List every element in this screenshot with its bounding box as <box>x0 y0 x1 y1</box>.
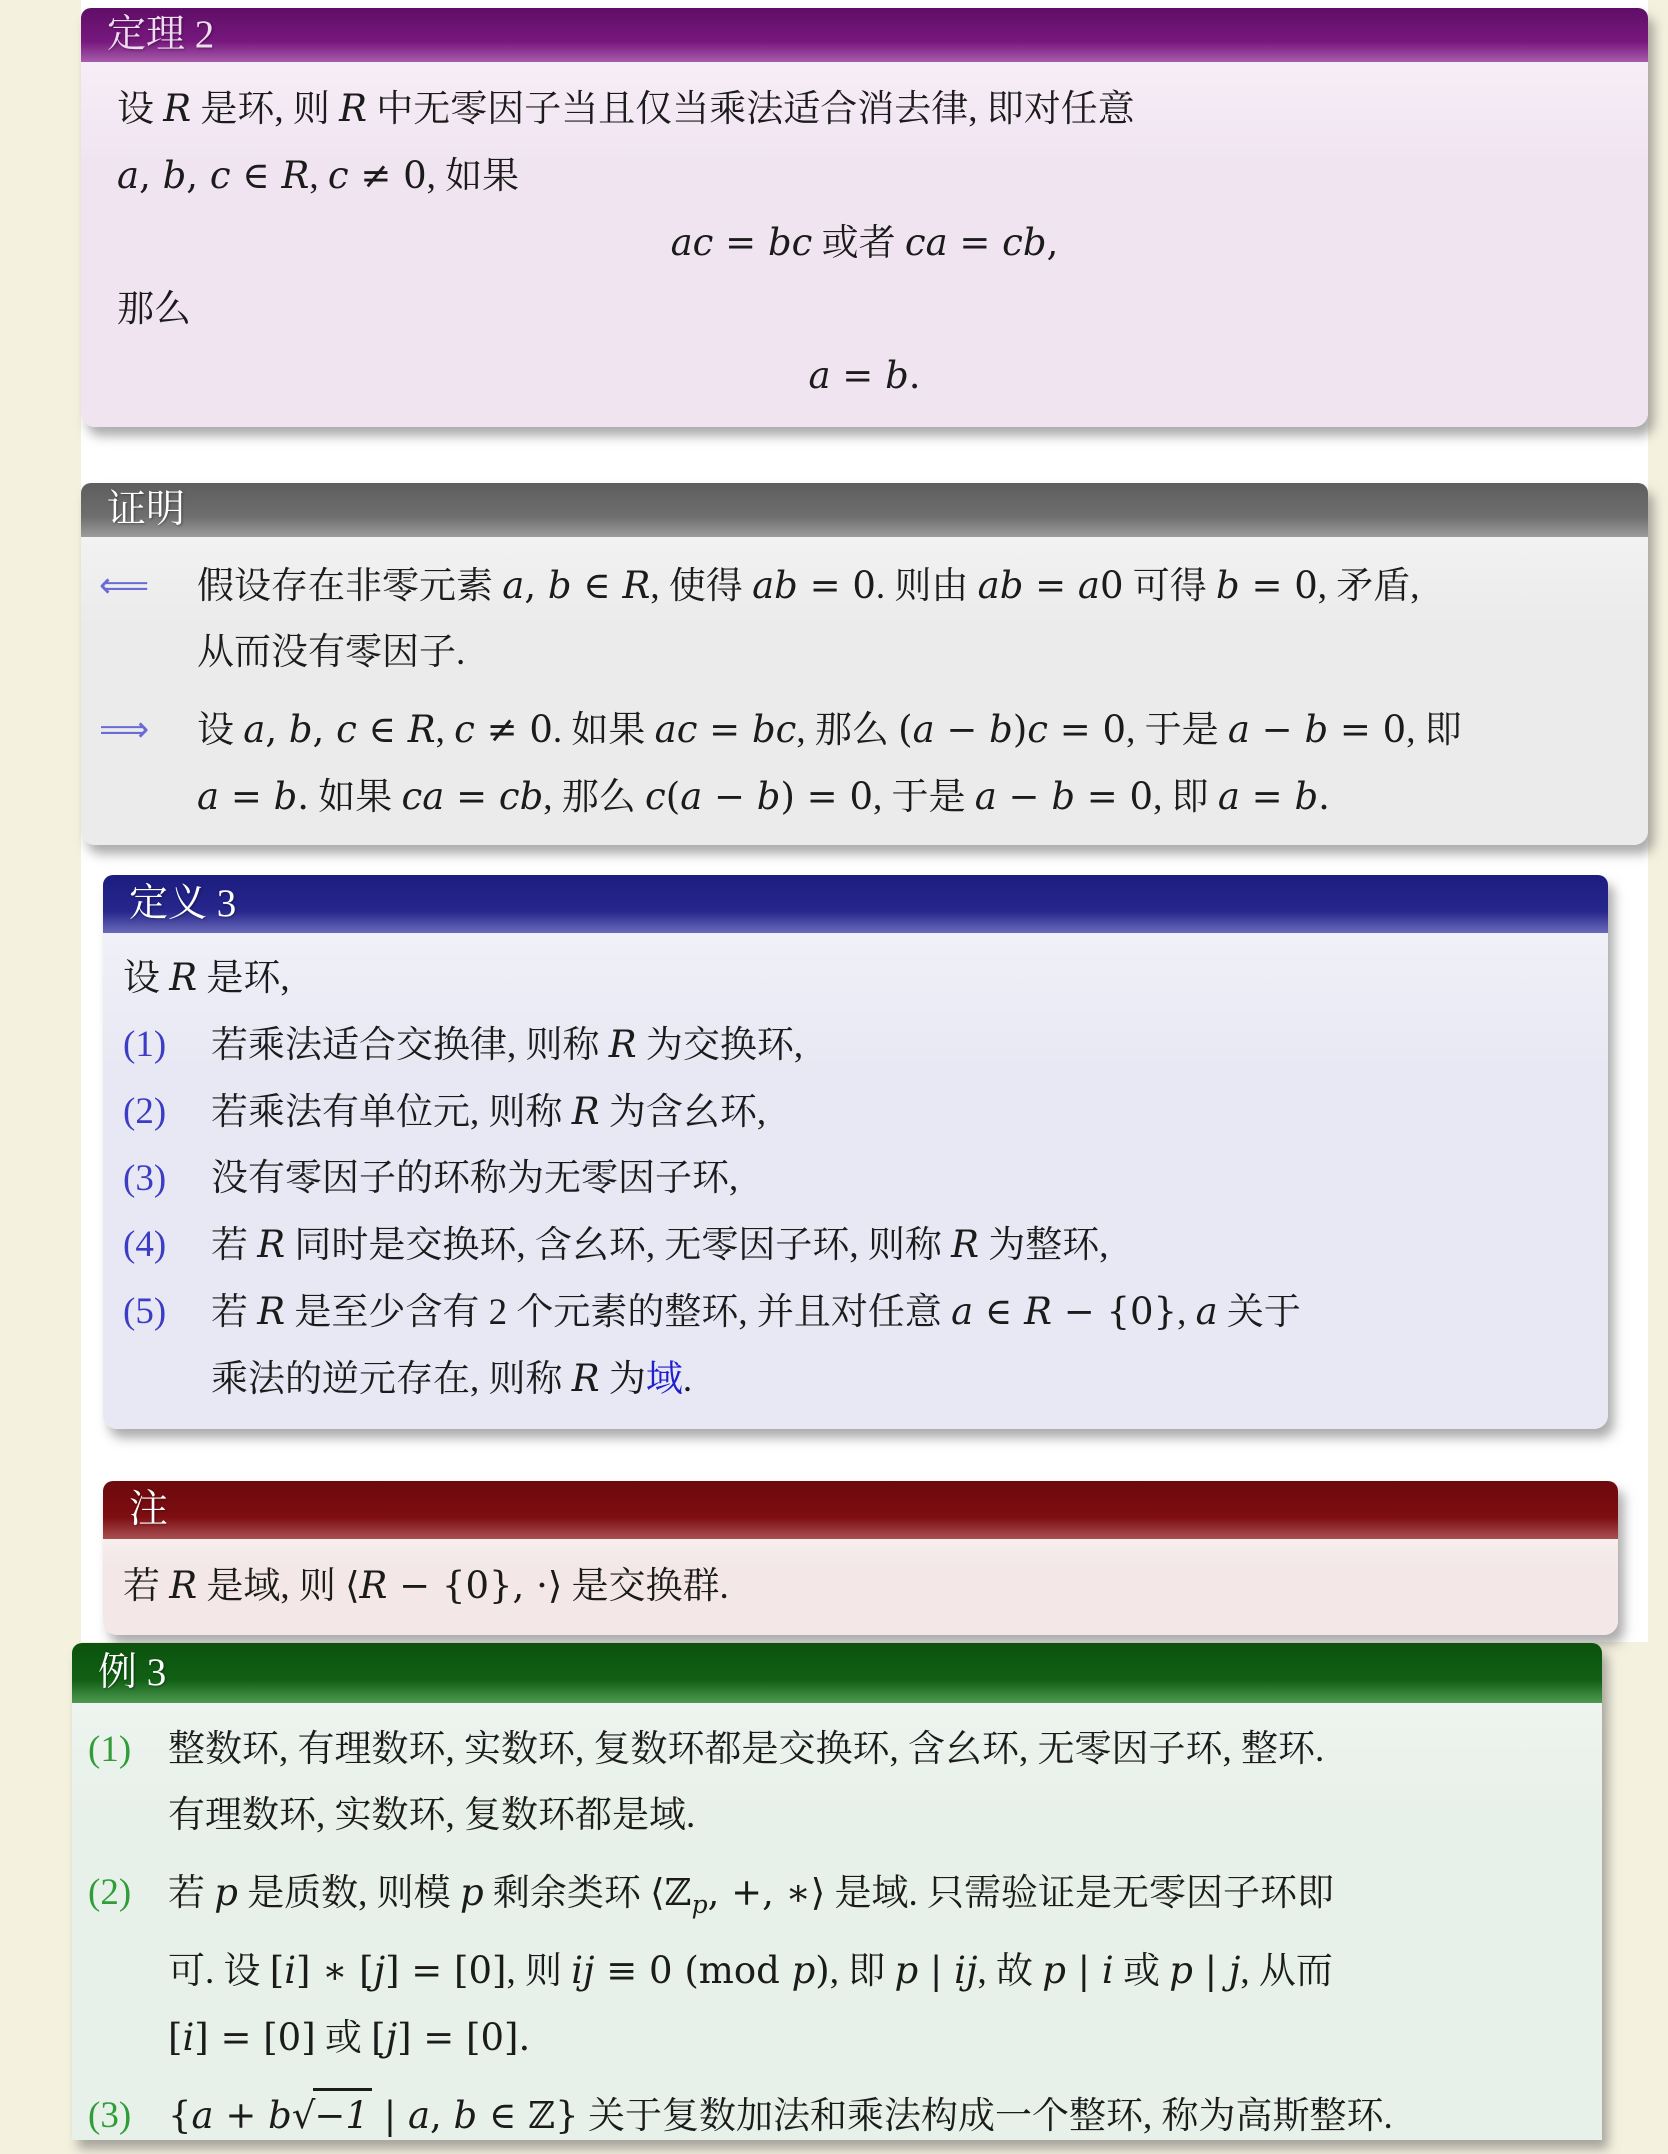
math-token: = 0 <box>1075 775 1153 818</box>
math-token: i <box>182 2016 194 2059</box>
math-segment: a = b. <box>808 356 920 397</box>
math-token: ( <box>666 775 680 818</box>
text-run: 关于 <box>1218 1292 1301 1333</box>
math-segment: b = 0 <box>1216 566 1318 607</box>
math-token: [ <box>371 2016 385 2059</box>
math-token: [ <box>168 2016 182 2059</box>
math-segment: p | j <box>1169 1951 1240 1992</box>
text-run: 为 <box>600 1359 646 1400</box>
math-token: − <box>1250 708 1305 751</box>
math-token: cb <box>1002 221 1046 264</box>
math-token: b <box>1294 775 1318 818</box>
proof-box: 证明 ⟸假设存在非零元素 a, b ∈ R, 使得 ab = 0. 则由 ab … <box>81 483 1648 845</box>
math-token: . <box>297 775 309 818</box>
list-item: (1)若乘法适合交换律, 则称 R 为交换环, <box>123 1012 1580 1079</box>
math-token: a <box>243 708 265 751</box>
math-token: ∈ <box>973 1290 1024 1333</box>
math-segment: R <box>163 89 191 130</box>
math-segment: c(a − b) = 0 <box>645 777 873 818</box>
text-line: a = b. 如果 ca = cb, 那么 c(a − b) = 0, 于是 a… <box>197 764 1618 831</box>
math-token: = 0 <box>798 564 876 607</box>
math-token: ab <box>752 564 798 607</box>
text-run: , 于是 <box>1126 710 1228 751</box>
text-run: , 即 <box>1406 710 1462 751</box>
math-token: b <box>989 708 1013 751</box>
math-segment: ca = cb <box>402 777 544 818</box>
math-token: a <box>1218 775 1240 818</box>
math-token: ac <box>671 221 714 264</box>
text-line: 设 a, b, c ∈ R, c ≠ 0. 如果 ac = bc, 那么 (a … <box>197 697 1618 764</box>
text-run: 为交换环, <box>637 1025 804 1066</box>
math-token: c <box>210 154 231 197</box>
text-line: 若乘法适合交换律, 则称 R 为交换环, <box>211 1012 1580 1079</box>
item-text: 设 a, b, c ∈ R, c ≠ 0. 如果 ac = bc, 那么 (a … <box>197 697 1618 831</box>
math-segment: ac = bc <box>655 710 797 751</box>
math-segment: c ≠ 0 <box>454 710 553 751</box>
text-run: 若 <box>123 1566 169 1607</box>
text-run: 若 <box>211 1225 257 1266</box>
text-run: 有理数环, 实数环, 复数环都是域. <box>168 1795 695 1836</box>
text-run: 可. 设 <box>168 1951 270 1992</box>
math-token: , <box>1047 221 1059 264</box>
math-token: = <box>1023 564 1078 607</box>
text-run: 设 <box>123 958 169 999</box>
math-token: ab <box>978 564 1024 607</box>
text-run: 或 <box>316 2018 372 2059</box>
text-run: 剩余类环 <box>484 1873 651 1914</box>
math-segment: [i] = [0] <box>168 2018 316 2059</box>
text-line: 有理数环, 实数环, 复数环都是域. <box>168 1783 1578 1849</box>
text-run: . <box>683 1359 692 1400</box>
math-token: , <box>265 708 289 751</box>
math-token: . <box>1318 775 1330 818</box>
note-box: 注 若 R 是域, 则 ⟨R − {0}, ·⟩ 是交换群. <box>103 1481 1618 1635</box>
math-token: p <box>1042 1949 1066 1992</box>
note-box-body: 若 R 是域, 则 ⟨R − {0}, ·⟩ 是交换群. <box>103 1539 1618 1635</box>
theorem-2-box-title: 定理 2 <box>81 8 1648 62</box>
math-token: a <box>1078 564 1100 607</box>
math-token: ] = [0] <box>194 2016 315 2059</box>
proof-box-title: 证明 <box>81 483 1648 537</box>
math-subscript: p <box>692 1890 708 1919</box>
list-item: (1)整数环, 有理数环, 实数环, 复数环都是交换环, 含幺环, 无零因子环,… <box>88 1717 1578 1849</box>
math-segment: a, b, c ∈ R <box>243 710 435 751</box>
math-segment: a, b ∈ R <box>502 566 650 607</box>
text-run: , 矛盾, <box>1318 566 1420 607</box>
math-segment: a − b = 0 <box>975 777 1153 818</box>
text-run: , 即 <box>1153 777 1218 818</box>
example-3-box: 例 3 (1)整数环, 有理数环, 实数环, 复数环都是交换环, 含幺环, 无零… <box>72 1643 1602 2140</box>
math-token: c <box>1027 708 1048 751</box>
math-token: ] ∗ [ <box>296 1949 374 1992</box>
item-text: 若乘法适合交换律, 则称 R 为交换环, <box>211 1012 1580 1079</box>
slide-page: { "page": { "background": "#f5f1df", "ba… <box>0 0 1668 2154</box>
item-text: {a + b√−1 | a, b ∈ ℤ} 关于复数加法和乘法构成一个整环, 称… <box>168 2083 1578 2140</box>
math-token: b <box>163 154 187 197</box>
math-segment: p | ij <box>894 1951 977 1992</box>
math-token: bc <box>752 708 796 751</box>
math-segment: | a, b ∈ ℤ} <box>372 2096 579 2137</box>
math-token: R <box>408 708 436 751</box>
math-token: ) = 0 <box>780 775 873 818</box>
text-run: 是环, 则 <box>191 89 339 130</box>
math-token: − {0} <box>1052 1290 1177 1333</box>
math-token: a <box>1196 1290 1218 1333</box>
math-token: a <box>192 2094 214 2137</box>
math-token: b <box>548 564 572 607</box>
math-token: b <box>1216 564 1240 607</box>
math-token: b <box>454 2094 478 2137</box>
math-token: ca <box>402 775 445 818</box>
text-line: 假设存在非零元素 a, b ∈ R, 使得 ab = 0. 则由 ab = a0… <box>197 553 1618 620</box>
math-token: = <box>697 708 752 751</box>
math-token: a <box>808 354 830 397</box>
math-token: b <box>1051 775 1075 818</box>
item-marker: (3) <box>88 2083 168 2140</box>
math-token: = 0 <box>1240 564 1318 607</box>
math-token: b <box>757 775 781 818</box>
math-token: = 0 <box>1328 708 1406 751</box>
math-segment: p <box>214 1873 238 1914</box>
math-segment: R <box>609 1025 637 1066</box>
text-line: 若 R 是至少含有 2 个元素的整环, 并且对任意 a ∈ R − {0}, a… <box>211 1279 1580 1346</box>
math-token: ij <box>954 1949 977 1992</box>
math-token: b <box>274 775 298 818</box>
math-segment: ab = 0 <box>752 566 876 607</box>
math-token: ij <box>571 1949 594 1992</box>
example-3-box-title: 例 3 <box>72 1643 1602 1703</box>
math-token: = <box>1240 775 1295 818</box>
math-token: [ <box>270 1949 284 1992</box>
text-run: 是质数, 则模 <box>238 1873 460 1914</box>
math-token: cb <box>499 775 543 818</box>
text-line: 若 R 同时是交换环, 含幺环, 无零因子环, 则称 R 为整环, <box>211 1212 1580 1279</box>
sqrt-radicand: −1 <box>313 2088 372 2137</box>
math-token: ∈ <box>231 154 282 197</box>
item-marker: (4) <box>123 1212 211 1278</box>
math-roman: mod <box>699 1949 780 1992</box>
list-item: (2)若 p 是质数, 则模 p 剩余类环 ⟨ℤp, +, ∗⟩ 是域. 只需验… <box>88 1860 1578 2072</box>
text-run: , 于是 <box>873 777 975 818</box>
math-token: a <box>502 564 524 607</box>
text-run: 若乘法有单位元, 则称 <box>211 1092 572 1133</box>
math-token: R <box>257 1290 285 1333</box>
proof-box-body: ⟸假设存在非零元素 a, b ∈ R, 使得 ab = 0. 则由 ab = a… <box>81 537 1648 845</box>
math-token: R <box>163 87 191 130</box>
item-text: 整数环, 有理数环, 实数环, 复数环都是交换环, 含幺环, 无零因子环, 整环… <box>168 1717 1578 1849</box>
math-token: R <box>1024 1290 1052 1333</box>
math-token: a <box>197 775 219 818</box>
text-run: 同时是交换环, 含幺环, 无零因子环, 则称 <box>285 1225 951 1266</box>
item-marker: (3) <box>123 1146 211 1212</box>
math-token: ca <box>905 221 948 264</box>
text-line: 那么 <box>117 277 1612 343</box>
list-item: (2)若乘法有单位元, 则称 R 为含幺环, <box>123 1079 1580 1146</box>
item-text: 假设存在非零元素 a, b ∈ R, 使得 ab = 0. 则由 ab = a0… <box>197 553 1618 686</box>
text-line: 乘法的逆元存在, 则称 R 为域. <box>211 1346 1580 1413</box>
theorem-2-box-body: 设 R 是环, 则 R 中无零因子当且仅当乘法适合消去律, 即对任意a, b, … <box>81 62 1648 427</box>
math-token: R <box>339 87 367 130</box>
text-run: , 那么 <box>543 777 645 818</box>
math-segment: ac = bc <box>671 223 813 264</box>
item-text: 没有零因子的环称为无零因子环, <box>211 1146 1580 1212</box>
math-token: 0 <box>1100 564 1124 607</box>
implication-arrow-icon: ⟹ <box>99 697 197 763</box>
math-token: | <box>918 1949 954 1992</box>
text-line: 整数环, 有理数环, 实数环, 复数环都是交换环, 含幺环, 无零因子环, 整环… <box>168 1717 1578 1783</box>
math-token: R <box>572 1090 600 1133</box>
math-token: − <box>935 708 990 751</box>
math-token: − {0}, ·⟩ <box>387 1564 562 1607</box>
text-run: 若 <box>211 1292 257 1333</box>
math-token: bc <box>768 221 812 264</box>
math-segment: a ∈ R − {0} <box>951 1292 1177 1333</box>
math-segment: p) <box>780 1951 830 1992</box>
math-token: a <box>975 775 997 818</box>
math-token: ) <box>1013 708 1027 751</box>
note-box-title: 注 <box>103 1481 1618 1539</box>
math-segment: ⟨R − {0}, ·⟩ <box>345 1566 562 1607</box>
math-token: , +, ∗⟩ <box>708 1871 826 1914</box>
math-token: , <box>524 564 548 607</box>
math-token: { <box>168 2094 192 2137</box>
math-token: R <box>169 1564 197 1607</box>
text-line: [i] = [0] 或 [j] = [0]. <box>168 2005 1578 2072</box>
text-run: , <box>1177 1292 1196 1333</box>
text-run: 若乘法适合交换律, 则称 <box>211 1025 609 1066</box>
math-segment: R <box>951 1225 979 1266</box>
text-line: 设 R 是环, 则 R 中无零因子当且仅当乘法适合消去律, 即对任意 <box>117 76 1612 143</box>
math-segment: R <box>572 1359 600 1400</box>
math-segment: a, b, c ∈ R <box>117 156 309 197</box>
text-run: 那么 <box>117 289 191 330</box>
text-run: 是域. 只需验证是无零因子环即 <box>825 1873 1334 1914</box>
math-segment: a − b = 0 <box>1228 710 1406 751</box>
math-segment: p <box>460 1873 484 1914</box>
math-segment: a <box>1196 1292 1218 1333</box>
math-token: c <box>328 154 349 197</box>
math-token: p <box>894 1949 918 1992</box>
math-token: = <box>444 775 499 818</box>
text-line: 若 p 是质数, 则模 p 剩余类环 ⟨ℤp, +, ∗⟩ 是域. 只需验证是无… <box>168 1860 1578 1938</box>
text-run: 是至少含有 2 个元素的整环, 并且对任意 <box>285 1292 951 1333</box>
math-token: ] = [0] <box>385 1949 506 1992</box>
text-run: 中无零因子当且仅当乘法适合消去律, 即对任意 <box>367 89 1135 130</box>
math-token: c <box>454 708 475 751</box>
math-segment: {a + b <box>168 2096 292 2137</box>
definition-3-box-title: 定义 3 <box>103 875 1608 933</box>
math-token: = <box>713 221 768 264</box>
text-run: 关于复数加法和乘法构成一个整环, 称为高斯整环. <box>579 2096 1393 2137</box>
math-token: R <box>572 1357 600 1400</box>
text-line: {a + b√−1 | a, b ∈ ℤ} 关于复数加法和乘法构成一个整环, 称… <box>168 2083 1578 2140</box>
math-token: = <box>948 221 1003 264</box>
math-token: b <box>1304 708 1328 751</box>
math-token: = <box>219 775 274 818</box>
text-run: 是域, 则 <box>197 1566 345 1607</box>
math-token: j <box>374 1949 385 1992</box>
math-token: ≡ 0 ( <box>595 1949 699 1992</box>
list-item: ⟸假设存在非零元素 a, b ∈ R, 使得 ab = 0. 则由 ab = a… <box>99 553 1618 686</box>
text-run: 可得 <box>1124 566 1217 607</box>
sqrt-icon: √ <box>292 2094 316 2137</box>
text-run: , 从而 <box>1240 1951 1333 1992</box>
math-token: ) <box>815 1949 829 1992</box>
math-token: R <box>169 956 197 999</box>
math-token: = <box>831 354 886 397</box>
item-text: 若 p 是质数, 则模 p 剩余类环 ⟨ℤp, +, ∗⟩ 是域. 只需验证是无… <box>168 1860 1578 2072</box>
math-token: p <box>1169 1949 1193 1992</box>
text-run: 整数环, 有理数环, 实数环, 复数环都是交换环, 含幺环, 无零因子环, 整环… <box>168 1729 1324 1770</box>
math-token: | <box>1193 1949 1229 1992</box>
item-text: 若乘法有单位元, 则称 R 为含幺环, <box>211 1079 1580 1146</box>
math-segment: R <box>169 958 197 999</box>
math-token: , <box>313 708 337 751</box>
math-token: a <box>117 154 139 197</box>
math-token: p <box>214 1871 238 1914</box>
text-run: 或者 <box>812 223 905 264</box>
math-token: ⟨ℤ <box>650 1871 691 1914</box>
math-segment: R <box>169 1566 197 1607</box>
text-run: 设 <box>117 89 163 130</box>
math-token: , <box>139 154 163 197</box>
text-run: 或 <box>1114 1951 1170 1992</box>
math-token: R <box>609 1023 637 1066</box>
math-token: p <box>460 1871 484 1914</box>
text-line: 若 R 是域, 则 ⟨R − {0}, ·⟩ 是交换群. <box>123 1553 1588 1620</box>
math-token: − <box>997 775 1052 818</box>
text-run: , 使得 <box>650 566 752 607</box>
math-token: ⟨ <box>345 1564 359 1607</box>
math-segment: [j] = [0]. <box>371 2018 530 2059</box>
math-token: − <box>702 775 757 818</box>
math-token: , <box>186 154 210 197</box>
text-run: 若 <box>168 1873 214 1914</box>
example-3-box-body: (1)整数环, 有理数环, 实数环, 复数环都是交换环, 含幺环, 无零因子环,… <box>72 1703 1602 2140</box>
text-run: 没有零因子的环称为无零因子环, <box>211 1158 738 1199</box>
text-run: , 故 <box>977 1951 1042 1992</box>
math-segment: ⟨ℤ <box>650 1873 691 1914</box>
theorem-2-box: 定理 2 设 R 是环, 则 R 中无零因子当且仅当乘法适合消去律, 即对任意a… <box>81 8 1648 427</box>
math-token <box>780 1949 792 1992</box>
math-segment: R <box>257 1292 285 1333</box>
math-token: c <box>336 708 357 751</box>
math-token: b <box>289 708 313 751</box>
text-line: ac = bc 或者 ca = cb, <box>117 210 1612 277</box>
math-segment: R <box>257 1225 285 1266</box>
math-token: a <box>913 708 935 751</box>
text-run: 乘法的逆元存在, 则称 <box>211 1359 572 1400</box>
math-token: R <box>257 1223 285 1266</box>
text-run: 假设存在非零元素 <box>197 566 502 607</box>
text-line: a = b. <box>117 343 1612 410</box>
math-token: ≠ 0 <box>349 154 427 197</box>
text-run: 是交换群. <box>562 1566 729 1607</box>
text-line: a, b, c ∈ R, c ≠ 0, 如果 <box>117 143 1612 210</box>
math-token: | <box>1066 1949 1102 1992</box>
definition-3-box-body: 设 R 是环,(1)若乘法适合交换律, 则称 R 为交换环,(2)若乘法有单位元… <box>103 933 1608 1429</box>
text-run: , 那么 <box>796 710 898 751</box>
math-segment: ca = cb, <box>905 223 1059 264</box>
text-run: , 则 <box>506 1951 571 1992</box>
math-token: ≠ 0 <box>475 708 553 751</box>
text-run: 为含幺环, <box>600 1092 767 1133</box>
text-run: , <box>436 710 455 751</box>
text-run: , 如果 <box>427 156 520 197</box>
text-line: 没有零因子的环称为无零因子环, <box>211 1146 1580 1212</box>
text-run: . 如果 <box>553 710 655 751</box>
list-item: (5)若 R 是至少含有 2 个元素的整环, 并且对任意 a ∈ R − {0}… <box>123 1279 1580 1413</box>
text-run: . 则由 <box>876 566 978 607</box>
sqrt-expression: √−1 <box>292 2096 372 2137</box>
math-token: j <box>386 2016 397 2059</box>
math-token: . <box>909 354 921 397</box>
math-token: R <box>281 154 309 197</box>
list-item: (4)若 R 同时是交换环, 含幺环, 无零因子环, 则称 R 为整环, <box>123 1212 1580 1279</box>
item-marker: (5) <box>123 1279 211 1345</box>
list-item: (3){a + b√−1 | a, b ∈ ℤ} 关于复数加法和乘法构成一个整环… <box>88 2083 1578 2140</box>
text-run: 如果 <box>309 777 402 818</box>
math-token: j <box>1229 1949 1240 1992</box>
math-token: ( <box>898 708 912 751</box>
text-run: 为整环, <box>979 1225 1109 1266</box>
math-token: , <box>430 2094 454 2137</box>
math-segment: [i] ∗ [j] = [0] <box>270 1951 507 1992</box>
math-token: a <box>680 775 702 818</box>
list-item: ⟹设 a, b, c ∈ R, c ≠ 0. 如果 ac = bc, 那么 (a… <box>99 697 1618 831</box>
item-text: 若 R 同时是交换环, 含幺环, 无零因子环, 则称 R 为整环, <box>211 1212 1580 1279</box>
math-segment: a = b. <box>1218 777 1330 818</box>
list-item: (3)没有零因子的环称为无零因子环, <box>123 1146 1580 1212</box>
text-line: 设 R 是环, <box>123 945 1580 1012</box>
text-run: 是环, <box>197 958 290 999</box>
text-line: 可. 设 [i] ∗ [j] = [0], 则 ij ≡ 0 (mod p), … <box>168 1938 1578 2005</box>
text-run: 从而没有零因子. <box>197 632 465 673</box>
term-link[interactable]: 域 <box>646 1359 683 1400</box>
implication-arrow-icon: ⟸ <box>99 553 197 619</box>
math-segment: ij ≡ 0 ( <box>571 1951 699 1992</box>
text-line: 从而没有零因子. <box>197 620 1618 686</box>
math-token: b <box>885 354 909 397</box>
math-token: R <box>951 1223 979 1266</box>
math-token: a <box>408 2094 430 2137</box>
math-segment: (a − b)c = 0 <box>898 710 1126 751</box>
math-segment: R <box>339 89 367 130</box>
math-segment: c ≠ 0 <box>328 156 427 197</box>
text-run: , 即 <box>830 1951 895 1992</box>
math-token: p <box>792 1949 816 1992</box>
item-marker: (2) <box>88 1860 168 1926</box>
item-marker: (2) <box>123 1079 211 1145</box>
math-segment: a = b. <box>197 777 309 818</box>
item-marker: (1) <box>123 1012 211 1078</box>
math-segment: , +, ∗⟩ <box>708 1873 826 1914</box>
math-token: | <box>372 2094 408 2137</box>
math-token: = 0 <box>1048 708 1126 751</box>
math-token: ac <box>655 708 698 751</box>
math-token: i <box>284 1949 296 1992</box>
math-token: R <box>360 1564 388 1607</box>
math-token: i <box>1102 1949 1114 1992</box>
math-segment: ab = a0 <box>978 566 1124 607</box>
math-token: a <box>1228 708 1250 751</box>
math-token: c <box>645 775 666 818</box>
math-token: ] = [0]. <box>397 2016 530 2059</box>
text-run: 设 <box>197 710 243 751</box>
text-run: , <box>309 156 328 197</box>
text-line: 若乘法有单位元, 则称 R 为含幺环, <box>211 1079 1580 1146</box>
math-token: ∈ <box>357 708 408 751</box>
